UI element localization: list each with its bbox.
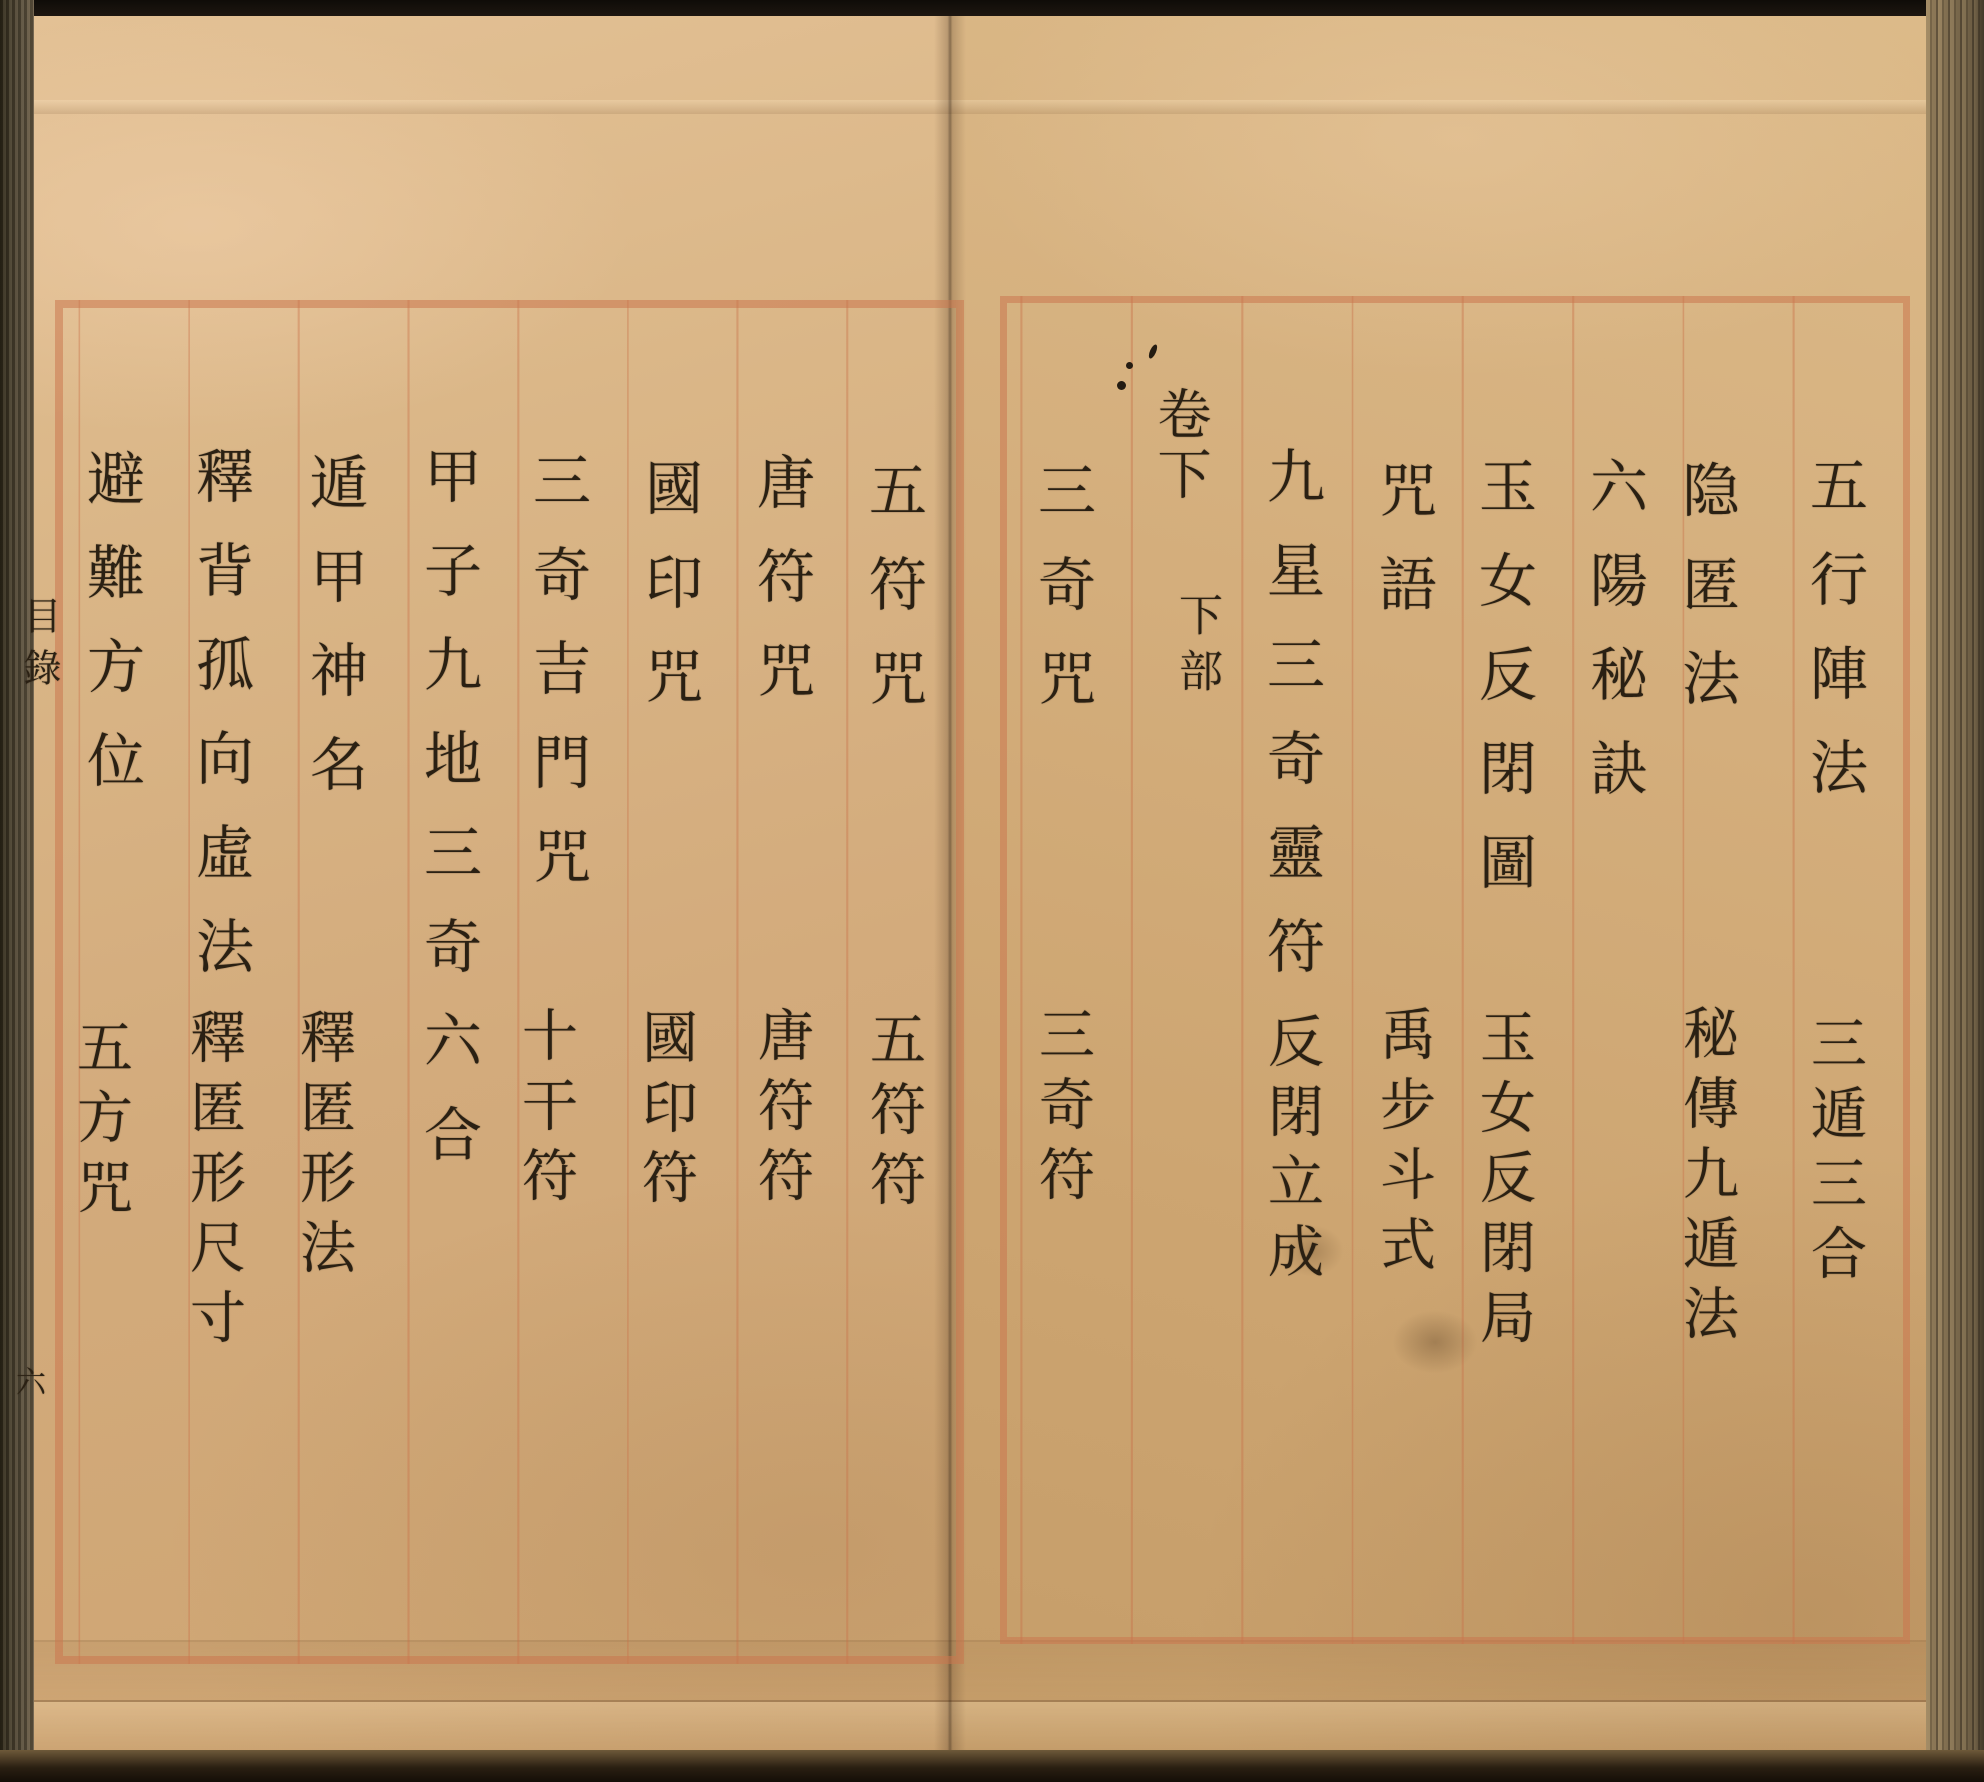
book-spine-edge (0, 0, 34, 1782)
toc-entry: 三遁三合 (1806, 1014, 1862, 1294)
toc-entry: 三奇吉門咒 (528, 450, 586, 920)
bottom-page-edge-band (34, 1700, 1926, 1756)
page-stack-fore-edge (1926, 0, 1984, 1782)
toc-entry: 隐匿法 (1677, 460, 1735, 742)
toc-entry: 國印符 (637, 1008, 693, 1218)
toc-entry: 唐符符 (753, 1006, 809, 1216)
toc-entry: 禹步斗式 (1375, 1005, 1431, 1285)
paper-stain (1392, 1310, 1478, 1374)
scan-top-shadow (0, 0, 1984, 16)
right-page-ruled-frame (1000, 296, 1910, 1644)
ink-dot (1117, 381, 1126, 390)
toc-entry: 反閉立成 (1263, 1012, 1319, 1292)
toc-entry: 十干符 (517, 1006, 573, 1216)
toc-entry: 五符符 (865, 1010, 921, 1220)
toc-entry: 六陽秘訣 (1585, 456, 1643, 832)
toc-entry: 玉女反閉局 (1475, 1008, 1531, 1358)
toc-entry: 五行陣法 (1805, 455, 1863, 831)
toc-entry: 避難方位 (82, 448, 140, 824)
toc-entry: 玉女反閉圖 (1474, 456, 1532, 926)
ink-dot (1126, 362, 1133, 369)
toc-entry: 國印咒 (640, 458, 698, 740)
spine-label: 目錄 (20, 596, 58, 700)
toc-entry: 五符咒 (864, 460, 922, 742)
page-number-label: 六 (12, 1366, 42, 1396)
toc-entry: 五方咒 (72, 1018, 128, 1228)
toc-entry: 甲子九地三奇六合 (419, 446, 477, 1198)
horizontal-fold-crease (34, 100, 1926, 114)
volume-heading-sub: 下部 (1174, 592, 1218, 704)
toc-entry: 三奇符 (1034, 1005, 1090, 1215)
scan-bottom-shadow (0, 1750, 1984, 1782)
toc-entry: 釋匿形法 (295, 1008, 351, 1288)
toc-entry: 釋匿形尺寸 (185, 1008, 241, 1358)
toc-entry: 唐符咒 (752, 452, 810, 734)
volume-heading: 卷下 (1153, 386, 1207, 506)
toc-entry: 釋背孤向虛法 (191, 446, 249, 1010)
toc-entry: 遁甲神名 (305, 452, 363, 828)
toc-entry: 三奇咒 (1033, 460, 1091, 742)
toc-entry: 咒語 (1374, 460, 1432, 648)
book-scan: 五行陣法 隐匿法 六陽秘訣 玉女反閉圖 咒語 九星三奇靈符 卷下 下部 三奇咒 … (0, 0, 1984, 1782)
toc-entry: 九星三奇靈符 (1262, 446, 1320, 1010)
toc-entry: 秘傳九遁法 (1678, 1004, 1734, 1354)
